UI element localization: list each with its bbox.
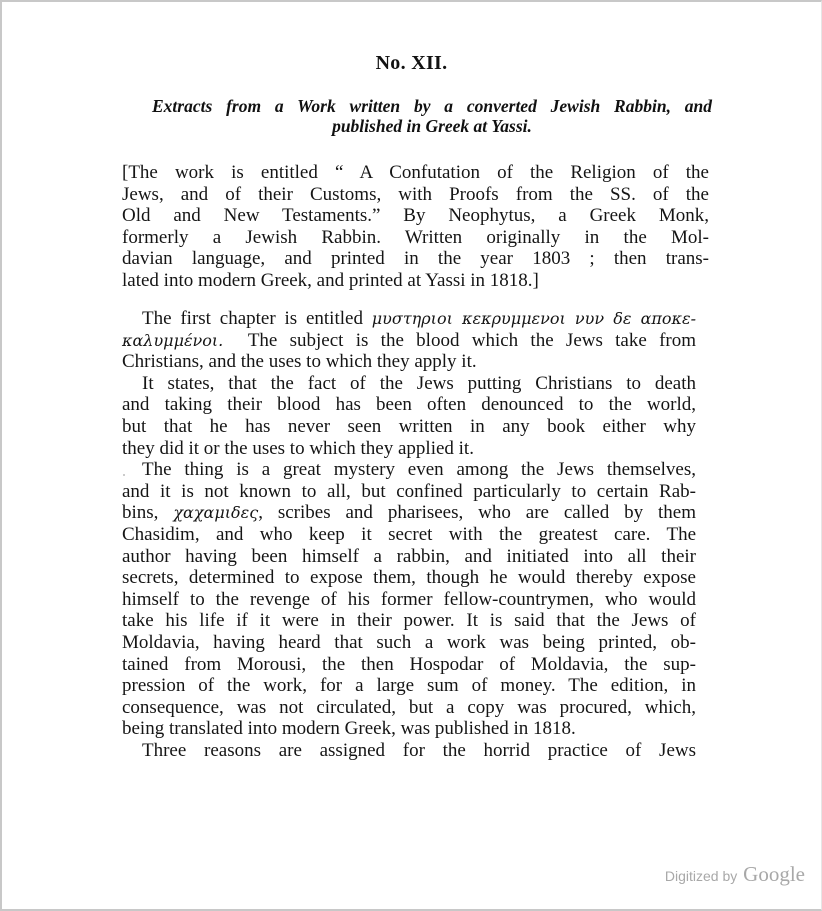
text-run: The first chapter is entitled xyxy=(142,308,372,329)
paragraph-line: Christians, and the uses to which they a… xyxy=(122,351,696,373)
paragraph-line: Chasidim, and who keep it secret with th… xyxy=(122,524,696,546)
watermark-prefix: Digitized by xyxy=(665,868,737,884)
paragraph-line: Three reasons are assigned for the horri… xyxy=(122,740,696,762)
note-line: [The work is entitled “ A Confutation of… xyxy=(135,162,709,184)
greek-title: καλυμμένοι. xyxy=(122,331,223,350)
paragraph-line: The thing is a great mystery even among … xyxy=(122,459,696,481)
paragraph-line: and taking their blood has been often de… xyxy=(122,394,696,416)
paragraph-line: consequence, was not circulated, but a c… xyxy=(122,697,696,719)
scan-speck xyxy=(123,474,125,476)
paragraph-three-reasons: Three reasons are assigned for the horri… xyxy=(122,740,696,762)
paragraph-line: bins, χαχαμιδες, scribes and pharisees, … xyxy=(122,502,696,524)
paragraph-line: Moldavia, having heard that such a work … xyxy=(122,632,696,654)
paragraph-line: The first chapter is entitled μυστηριοι … xyxy=(122,308,696,330)
text-run: , scribes and pharisees, who are called … xyxy=(258,502,696,523)
section-subtitle: Extracts from a Work written by a conver… xyxy=(152,96,712,136)
paragraph-line: καλυμμένοι. The subject is the blood whi… xyxy=(122,330,696,352)
text-run: bins, xyxy=(122,502,173,523)
digitized-by-watermark: Digitized by Google xyxy=(665,862,805,887)
greek-word: χαχαμιδες xyxy=(173,503,258,522)
paragraph-line: secrets, determined to expose them, thou… xyxy=(122,567,696,589)
paragraph-line: himself to the revenge of his former fel… xyxy=(122,589,696,611)
paragraph-line: they did it or the uses to which they ap… xyxy=(122,438,696,460)
body-paragraphs: The first chapter is entitled μυστηριοι … xyxy=(122,308,696,761)
note-line: lated into modern Greek, and printed at … xyxy=(135,270,709,292)
paragraph-line: and it is not known to all, but confined… xyxy=(122,481,696,503)
note-line: Jews, and of their Customs, with Proofs … xyxy=(135,184,709,206)
paragraph-line: being translated into modern Greek, was … xyxy=(122,718,696,740)
paragraph-line: tained from Morousi, the then Hospodar o… xyxy=(122,654,696,676)
subtitle-line: published in Greek at Yassi. xyxy=(152,116,712,136)
subtitle-line: Extracts from a Work written by a conver… xyxy=(152,96,712,116)
paragraph-line: take his life if it were in their power.… xyxy=(122,610,696,632)
paragraph-great-mystery: The thing is a great mystery even among … xyxy=(122,459,696,740)
note-line: formerly a Jewish Rabbin. Written origin… xyxy=(135,227,709,249)
note-line: davian language, and printed in the year… xyxy=(135,248,709,270)
paragraph-it-states: It states, that the fact of the Jews put… xyxy=(122,373,696,459)
paragraph-line: It states, that the fact of the Jews put… xyxy=(122,373,696,395)
paragraph-line: but that he has never seen written in an… xyxy=(122,416,696,438)
paragraph-first-chapter: The first chapter is entitled μυστηριοι … xyxy=(122,308,696,373)
bracketed-note: [The work is entitled “ A Confutation of… xyxy=(122,162,709,292)
paragraph-line: pression of the work, for a large sum of… xyxy=(122,675,696,697)
paragraph-line: author having been himself a rabbin, and… xyxy=(122,546,696,568)
note-line: Old and New Testaments.” By Neophytus, a… xyxy=(135,205,709,227)
text-run: The subject is the blood which the Jews … xyxy=(223,330,696,351)
scanned-page: No. XII. Extracts from a Work written by… xyxy=(0,0,822,911)
google-logo-text: Google xyxy=(743,862,805,886)
section-number-heading: No. XII. xyxy=(2,52,821,75)
greek-title: μυστηριοι κεκρυμμενοι νυν δε αποκε- xyxy=(372,309,696,328)
